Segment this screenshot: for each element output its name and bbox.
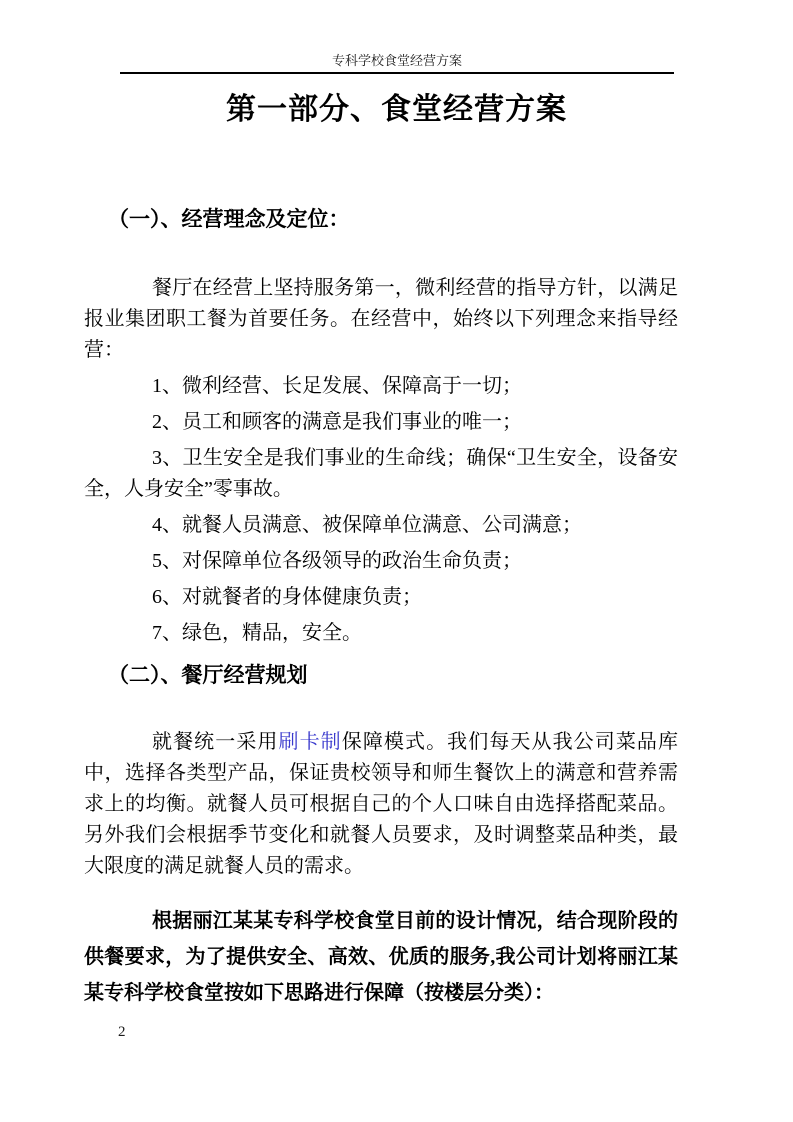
- list-item-1: 1、微利经营、长足发展、保障高于一切；: [84, 371, 678, 402]
- section-2-bold-paragraph: 根据丽江某某专科学校食堂目前的设计情况，结合现阶段的供餐要求，为了提供安全、高效…: [84, 903, 678, 1011]
- list-item-4: 4、就餐人员满意、被保障单位满意、公司满意；: [84, 510, 678, 541]
- section-2-heading: （二）、餐厅经营规划: [84, 660, 678, 691]
- list-item-5: 5、对保障单位各级领导的政治生命负责；: [84, 546, 678, 577]
- document-title: 第一部分、食堂经营方案: [0, 90, 793, 130]
- section-2-paragraph: 就餐统一采用刷卡制保障模式。我们每天从我公司菜品库中，选择各类型产品，保证贵校领…: [84, 727, 678, 882]
- list-item-3: 3、卫生安全是我们事业的生命线；确保“卫生安全，设备安全，人身安全”零事故。: [84, 443, 678, 505]
- page-header-title: 专科学校食堂经营方案: [332, 53, 462, 68]
- list-item-6: 6、对就餐者的身体健康负责；: [84, 582, 678, 613]
- document-page: 专科学校食堂经营方案 第一部分、食堂经营方案 （一）、经营理念及定位： 餐厅在经…: [0, 0, 793, 1122]
- card-system-link[interactable]: 刷卡制: [279, 731, 342, 753]
- list-item-7: 7、绿色，精品，安全。: [84, 618, 678, 649]
- section-1-heading: （一）、经营理念及定位：: [84, 204, 678, 235]
- page-header: 专科学校食堂经营方案: [120, 50, 674, 74]
- document-body: （一）、经营理念及定位： 餐厅在经营上坚持服务第一，微利经营的指导方针，以满足报…: [84, 196, 678, 1011]
- list-item-2: 2、员工和顾客的满意是我们事业的唯一；: [84, 407, 678, 438]
- paragraph-text-before-link: 就餐统一采用: [152, 731, 279, 753]
- page-number: 2: [118, 1022, 126, 1042]
- section-1-intro-paragraph: 餐厅在经营上坚持服务第一，微利经营的指导方针，以满足报业集团职工餐为首要任务。在…: [84, 273, 678, 366]
